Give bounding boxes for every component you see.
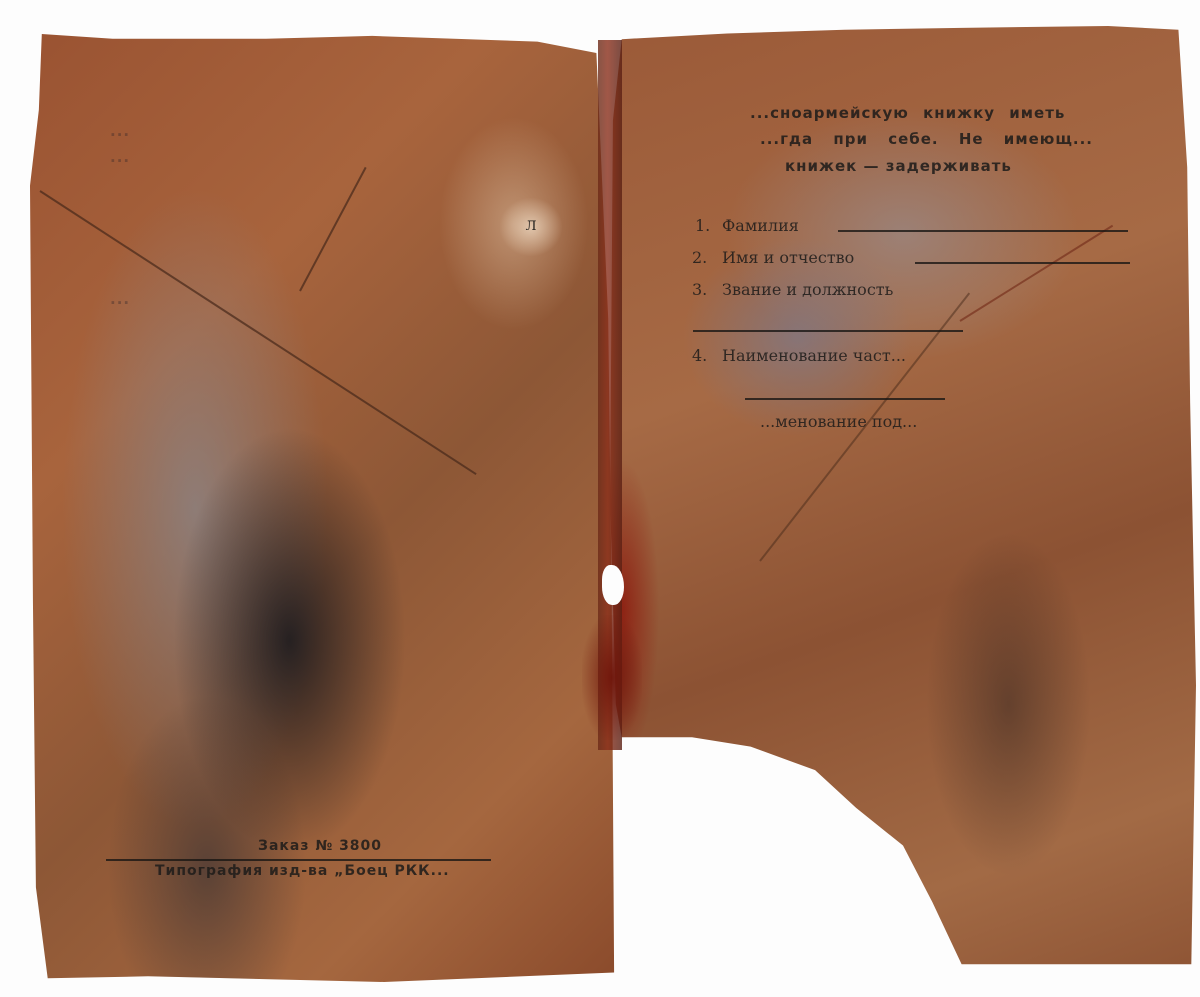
header-line-2: ...гда при себе. Не имеющ... <box>760 130 1093 148</box>
order-number-line: Заказ № 3800 <box>258 838 382 854</box>
header-line-1: ...сноармейскую книжку иметь <box>750 104 1065 122</box>
field-line <box>745 398 945 400</box>
field-number: 1. <box>695 216 710 235</box>
imprint-divider <box>106 859 491 861</box>
faint-text-line: ... <box>110 148 130 166</box>
scanned-document-scene: Л ... ... ... ...сноармейскую книжку име… <box>0 0 1200 997</box>
header-line-3: книжек — задерживать <box>785 157 1012 175</box>
field-line <box>693 330 963 332</box>
field-label-surname: Фамилия <box>722 216 799 235</box>
field-number: 2. <box>692 248 707 267</box>
field-label-name-patronymic: Имя и отчество <box>722 248 854 267</box>
field-label-rank-position: Звание и должность <box>722 280 893 299</box>
field-line <box>838 230 1128 232</box>
field-number: 4. <box>692 346 707 365</box>
stamp-fragment: Л <box>500 198 562 256</box>
field-label-unit-name: Наименование част... <box>722 346 906 365</box>
field-line <box>915 262 1130 264</box>
printer-imprint-line: Типография изд-ва „Боец РКК... <box>155 863 450 879</box>
faint-text-line: ... <box>110 290 130 308</box>
red-stain <box>582 615 642 740</box>
field-label-subunit-name: ...менование под... <box>760 412 917 431</box>
field-number: 3. <box>692 280 707 299</box>
spine-tear-hole <box>602 565 624 605</box>
faint-text-line: ... <box>110 122 130 140</box>
